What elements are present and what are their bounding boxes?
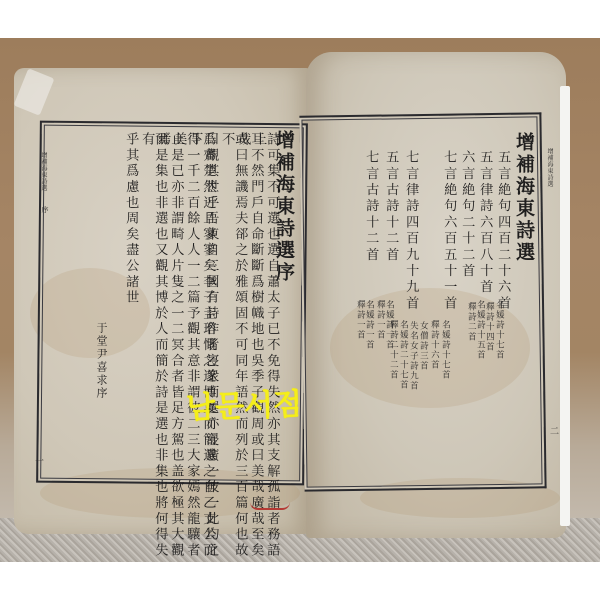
contents-entry: 五言絶句四百二十六首 [496, 150, 509, 312]
left-page-number: 一 [33, 456, 42, 465]
contents-note: 名媛詩十五首 [475, 300, 484, 360]
contents-note: 釋詩一首 [375, 300, 384, 340]
bookstore-watermark: 남문서점 [185, 379, 302, 427]
contents-note: 名媛詩一首 [384, 300, 393, 350]
preface-column: 乎其爲慮也周矣盡公諸世 [124, 132, 137, 306]
book-photo: 增補海東詩選 序 一 增補海東詩選序 詩可集不可選也選自蕭太子已不免得失然亦其支… [0, 38, 600, 562]
preface-column: 或曰無譏焉夫郤之於雅頌固不可同年語然而列於三百篇何也故不 [220, 132, 246, 562]
left-section-mark: 序 [41, 206, 48, 214]
contents-note: 名媛詩十七首 [440, 320, 449, 380]
contents-note: 釋詩十四首 [484, 302, 493, 352]
preface-signature: 于堂尹喜求序 [96, 322, 107, 400]
binding-thread [250, 502, 290, 510]
contents-entry: 六言絶句二十二首 [460, 150, 473, 280]
right-running-head: 增補海東詩選 [546, 148, 552, 187]
contents-note: 釋詩一首 [355, 300, 364, 340]
contents-entry: 七言律詩四百九十九首 [404, 150, 417, 312]
contents-title: 增補海東詩選 [514, 132, 533, 264]
preface-column: 爾是集也非選也又觀其博於人而簡於詩是選也非集也將何得失有 [140, 132, 166, 562]
contents-note: 名媛詩十七首 [494, 300, 503, 360]
page-edge [560, 86, 570, 526]
contents-entry: 五言古詩十二首 [384, 150, 397, 263]
contents-note: 失名女子詩九首 [408, 321, 417, 391]
contents-note: 釋詩十六首 [429, 320, 438, 370]
contents-note: 釋詩二首 [466, 302, 475, 342]
contents-note: 名媛詩一首 [364, 300, 373, 350]
contents-note: 名媛詩二十七首 [398, 320, 407, 390]
contents-entry: 七言絶句六百五十一首 [442, 150, 455, 312]
right-page-number: 二 [548, 426, 557, 435]
contents-entry: 七言古詩十二首 [364, 150, 377, 263]
contents-note: 女僧詩三首 [418, 321, 427, 371]
contents-entry: 五言律詩六百八十首 [478, 150, 491, 296]
left-running-head: 增補海東詩選 [40, 152, 46, 191]
